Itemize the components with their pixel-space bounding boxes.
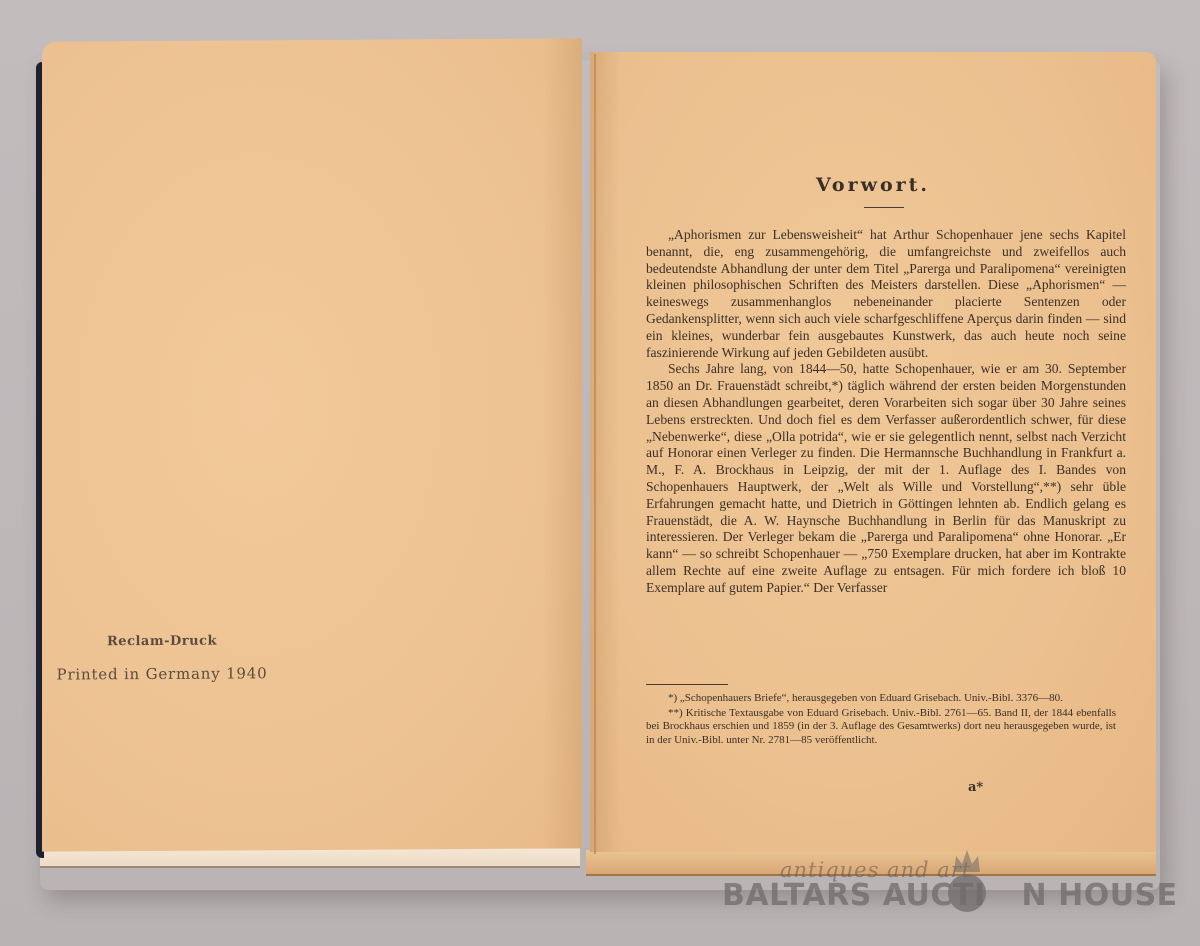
signature-mark: a* xyxy=(968,780,983,795)
paragraph: Sechs Jahre lang, von 1844—50, hatte Sch… xyxy=(646,361,1126,596)
footnotes: *) „Schopenhauers Briefe“, herausgegeben… xyxy=(646,692,1116,748)
preface-body: „Aphorismen zur Lebensweisheit“ hat Arth… xyxy=(646,227,1126,597)
footnote-rule xyxy=(646,684,728,685)
right-page: Vorwort. „Aphorismen zur Lebensweisheit“… xyxy=(590,52,1156,852)
footnote: **) Kritische Textausgabe von Eduard Gri… xyxy=(646,707,1116,748)
imprint-line: Printed in Germany 1940 xyxy=(0,663,432,684)
left-page: Reclam-Druck Printed in Germany 1940 xyxy=(42,38,582,851)
title-rule xyxy=(864,207,904,208)
footnote: *) „Schopenhauers Briefe“, herausgegeben… xyxy=(646,692,1116,706)
left-gutter-shade xyxy=(542,38,582,848)
spine-line xyxy=(594,54,596,854)
imprint-brand: Reclam-Druck xyxy=(0,632,432,650)
watermark-name-part1: BALTARS AUCTI xyxy=(722,878,986,913)
paragraph: „Aphorismen zur Lebensweisheit“ hat Arth… xyxy=(646,227,1126,361)
page-title: Vorwort. xyxy=(590,174,1156,196)
watermark-name: BALTARS AUCTIN HOUSE xyxy=(722,878,1178,913)
crown-icon xyxy=(952,848,982,874)
watermark-name-part2: N HOUSE xyxy=(1022,878,1178,913)
